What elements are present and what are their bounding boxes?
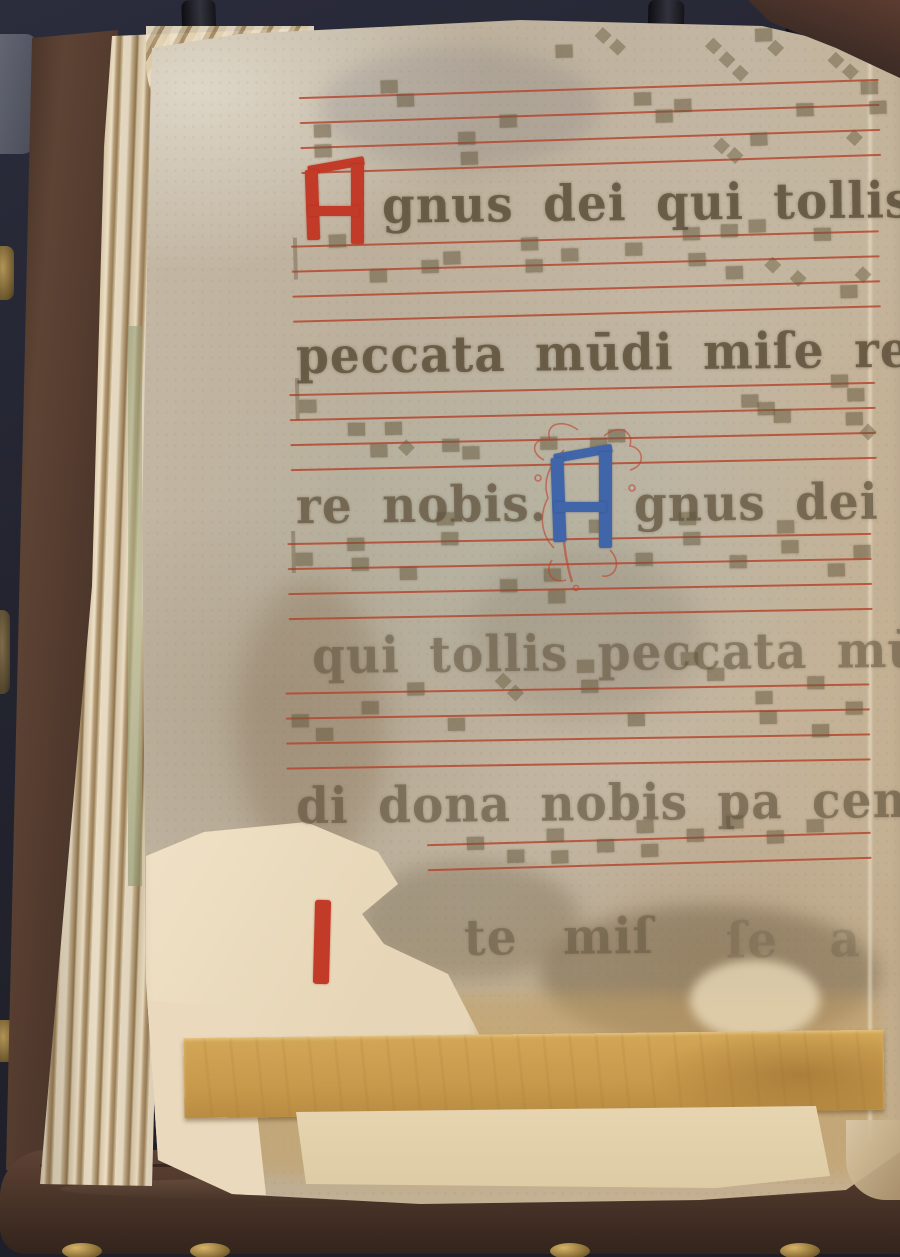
brass-clasp xyxy=(0,610,10,694)
manuscript-photo: A A I gnus dei qui tollis peccata mūdi m… xyxy=(0,0,900,1257)
brass-foot xyxy=(550,1243,590,1257)
brass-foot xyxy=(780,1243,820,1257)
brass-clasp xyxy=(0,246,14,300)
brass-foot xyxy=(190,1243,230,1257)
brass-foot xyxy=(62,1243,102,1257)
